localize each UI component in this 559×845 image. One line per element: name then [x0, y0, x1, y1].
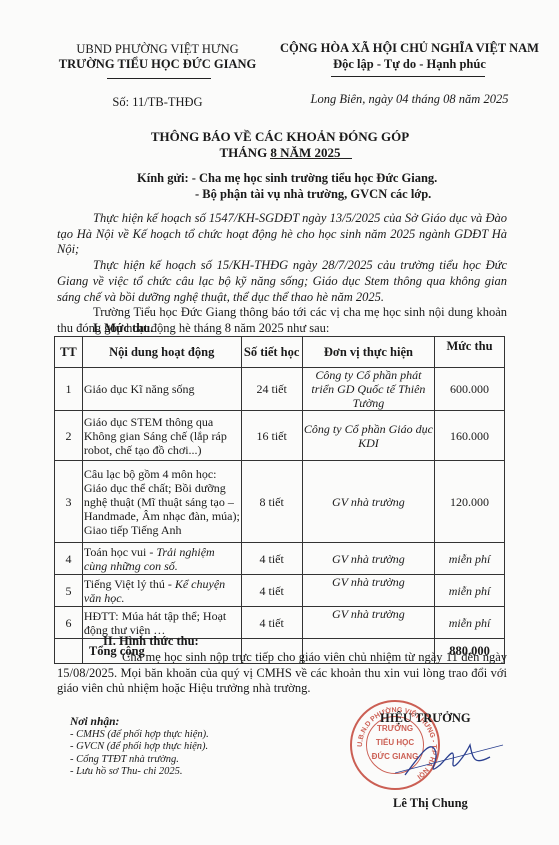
table-row: 4Toán học vui - Trải nghiệm cùng những c… [55, 543, 505, 575]
row-tt: 5 [55, 575, 83, 607]
row-unit: GV nhà trường [302, 575, 434, 607]
row-content-text: Câu lạc bộ gồm 4 môn học: Giáo dục thể c… [84, 467, 240, 537]
table-header-row: TT Nội dung hoạt động Số tiết học Đơn vị… [55, 337, 505, 368]
row-fee: 600.000 [435, 368, 505, 411]
country-name: CỘNG HÒA XÃ HỘI CHỦ NGHĨA VIỆT NAM [272, 40, 547, 56]
table-row: 1Giáo dục Kĩ năng sống24 tiếtCông ty Cổ … [55, 368, 505, 411]
addressee-1: Cha mẹ học sinh trường tiểu học Đức Gian… [199, 171, 437, 185]
place-date: Long Biên, ngày 04 tháng 08 năm 2025 [272, 92, 547, 107]
recipients-list: Nơi nhận: - CMHS (để phối hợp thực hiện)… [70, 716, 209, 779]
row-unit: GV nhà trường [302, 461, 434, 543]
row-fee: 120.000 [435, 461, 505, 543]
row-hours: 4 tiết [241, 543, 302, 575]
document-number: Số: 11/TB-THĐG [40, 95, 275, 110]
issuer-underline [107, 78, 211, 79]
row-content-text: Toán học vui - [84, 545, 156, 559]
row-content: Giáo dục STEM thông qua Không gian Sáng … [82, 411, 241, 461]
addressee-label: Kính gửi: - [137, 171, 199, 185]
issuer-school: TRƯỜNG TIỂU HỌC ĐỨC GIANG [40, 57, 275, 72]
table-row: 3Câu lạc bộ gồm 4 môn học: Giáo dục thể … [55, 461, 505, 543]
row-unit: Công ty Cổ phần Giáo dục KDI [302, 411, 434, 461]
row-content-text: HĐTT: Múa hát tập thể; Hoạt động thư việ… [84, 609, 226, 637]
title-line-1: THÔNG BÁO VỀ CÁC KHOẢN ĐÓNG GÓP [40, 129, 520, 145]
section-2-text: Cha mẹ học sinh nộp trực tiếp cho giáo v… [57, 650, 507, 697]
row-unit: GV nhà trường [302, 543, 434, 575]
section-2-body: Cha mẹ học sinh nộp trực tiếp cho giáo v… [57, 650, 507, 697]
recipient-item: - Cổng TTĐT nhà trường. [70, 754, 209, 767]
recipients-heading: Nơi nhận: [70, 716, 209, 729]
row-content-text: Tiếng Việt lý thú - [84, 577, 175, 591]
row-unit: GV nhà trường [302, 607, 434, 639]
table-row: 2Giáo dục STEM thông qua Không gian Sáng… [55, 411, 505, 461]
header-tt: TT [55, 337, 83, 368]
row-tt: 3 [55, 461, 83, 543]
signature-scribble [395, 735, 505, 780]
national-motto-block: CỘNG HÒA XÃ HỘI CHỦ NGHĨA VIỆT NAM Độc l… [272, 40, 547, 72]
recipient-item: - CMHS (để phối hợp thực hiện). [70, 729, 209, 742]
addressees: Kính gửi: - Cha mẹ học sinh trường tiểu … [137, 171, 437, 202]
row-tt: 4 [55, 543, 83, 575]
row-fee: miễn phí [435, 607, 505, 639]
intro-paragraph-2: Thực hiện kế hoạch số 15/KH-THĐG ngày 28… [57, 258, 507, 305]
motto-underline [331, 76, 485, 77]
row-fee: 160.000 [435, 411, 505, 461]
header-unit: Đơn vị thực hiện [302, 337, 434, 368]
row-tt: 2 [55, 411, 83, 461]
motto: Độc lập - Tự do - Hạnh phúc [272, 56, 547, 72]
document-title: THÔNG BÁO VỀ CÁC KHOẢN ĐÓNG GÓP THÁNG 8 … [40, 129, 520, 161]
row-hours: 24 tiết [241, 368, 302, 411]
row-content-text: Giáo dục STEM thông qua Không gian Sáng … [84, 415, 227, 457]
row-tt: 6 [55, 607, 83, 639]
section-2-title: II. Hình thức thu: [103, 634, 199, 649]
row-content: Tiếng Việt lý thú - Kể chuyện văn học. [82, 575, 241, 607]
row-content-text: Giáo dục Kĩ năng sống [84, 382, 195, 396]
issuer-authority: UBND PHƯỜNG VIỆT HƯNG [40, 42, 275, 57]
row-hours: 16 tiết [241, 411, 302, 461]
row-content: Giáo dục Kĩ năng sống [82, 368, 241, 411]
header-fee: Mức thu [435, 337, 505, 368]
row-fee: miễn phí [435, 575, 505, 607]
row-content: Câu lạc bộ gồm 4 môn học: Giáo dục thể c… [82, 461, 241, 543]
section-1-title: I. Mức thu. [93, 321, 153, 336]
row-tt: 1 [55, 368, 83, 411]
header-content: Nội dung hoạt động [82, 337, 241, 368]
signer-title: HIỆU TRƯỞNG [380, 711, 471, 726]
addressee-2: - Bộ phận tài vụ nhà trường, GVCN các lớ… [195, 187, 431, 201]
row-content: Toán học vui - Trải nghiệm cùng những co… [82, 543, 241, 575]
recipient-item: - GVCN (để phối hợp thực hiện). [70, 741, 209, 754]
row-hours: 4 tiết [241, 575, 302, 607]
fee-table: TT Nội dung hoạt động Số tiết học Đơn vị… [54, 336, 505, 664]
issuer-block: UBND PHƯỜNG VIỆT HƯNG TRƯỜNG TIỂU HỌC ĐỨ… [40, 42, 275, 72]
title-underline [270, 158, 352, 159]
row-unit: Công ty Cổ phần phát triển GD Quốc tế Th… [302, 368, 434, 411]
row-fee: miễn phí [435, 543, 505, 575]
intro-paragraphs: Thực hiện kế hoạch số 1547/KH-SGDĐT ngày… [57, 211, 507, 337]
row-hours: 4 tiết [241, 607, 302, 639]
row-hours: 8 tiết [241, 461, 302, 543]
signer-name: Lê Thị Chung [393, 796, 468, 811]
table-row: 5 Tiếng Việt lý thú - Kể chuyện văn học.… [55, 575, 505, 607]
intro-paragraph-1: Thực hiện kế hoạch số 1547/KH-SGDĐT ngày… [57, 211, 507, 258]
recipient-item: - Lưu hồ sơ Thu- chi 2025. [70, 766, 209, 779]
header-hours: Số tiết học [241, 337, 302, 368]
